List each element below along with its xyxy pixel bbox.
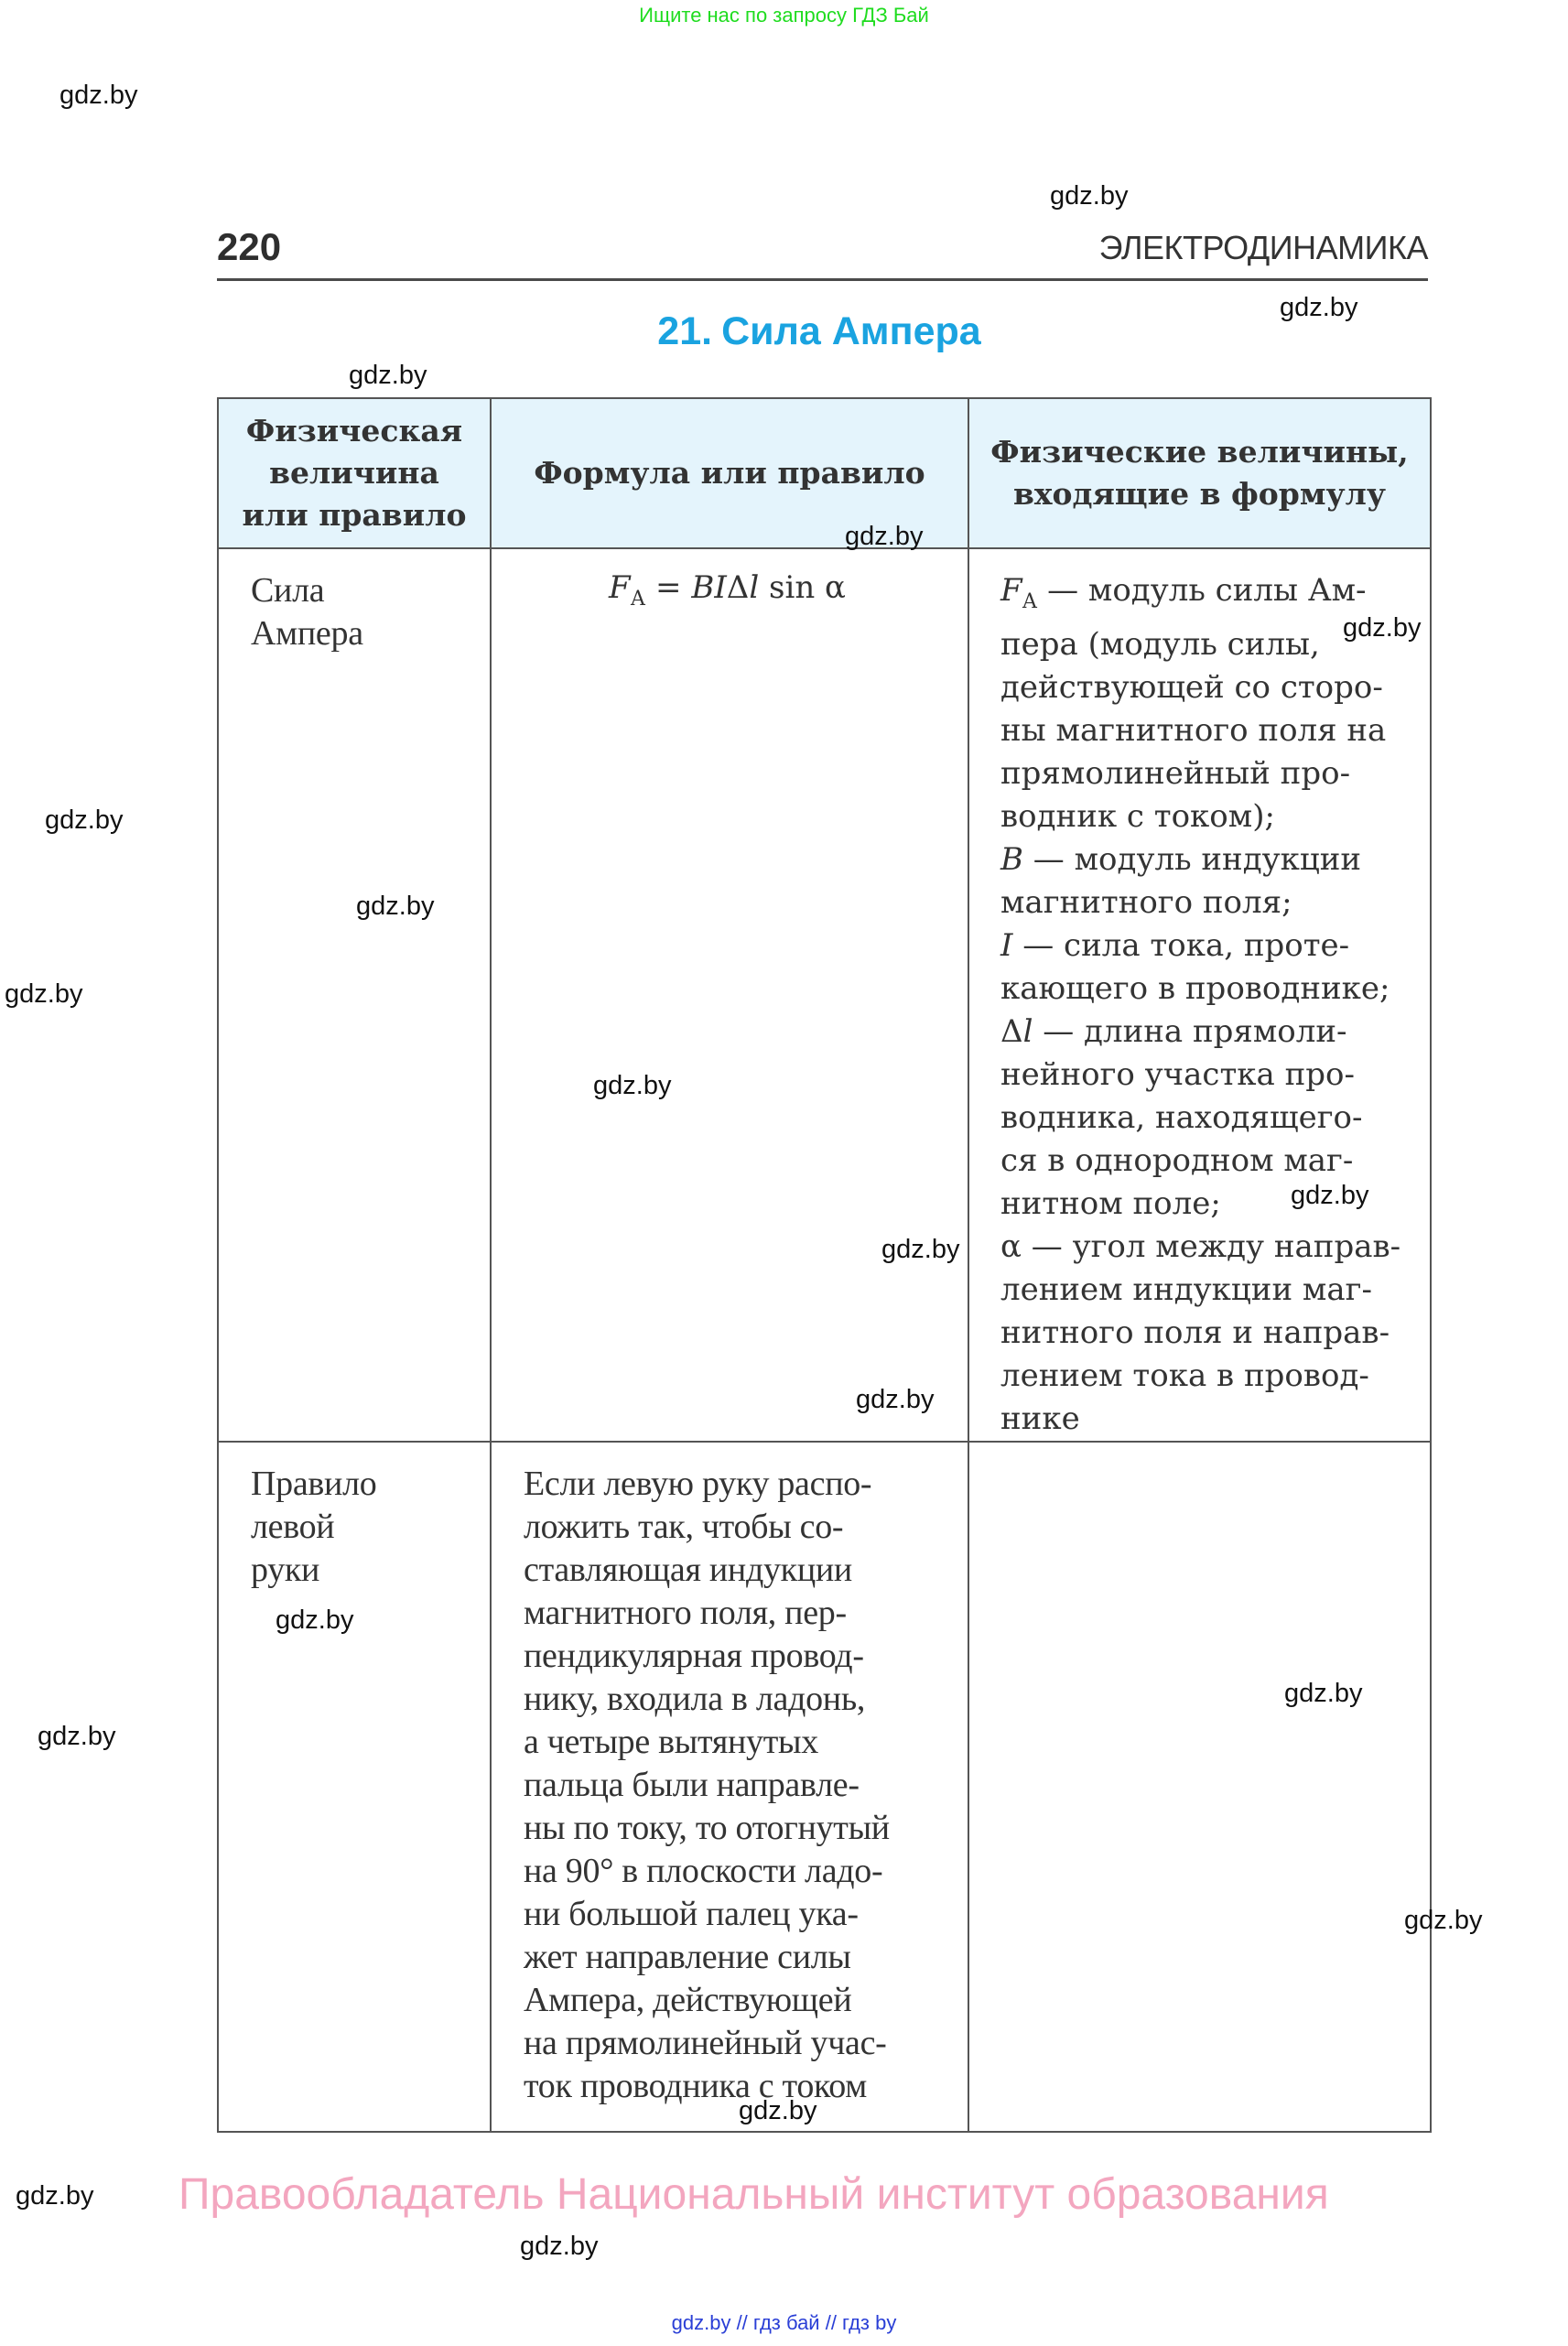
- cell-line: ни большой палец ука-: [524, 1893, 949, 1936]
- watermark: gdz.by: [856, 1385, 934, 1415]
- footer-links[interactable]: gdz.by // гдз бай // гдз by: [0, 2311, 1568, 2335]
- cell-line: действующей со сторо-: [1000, 666, 1413, 709]
- cell-line: B — модуль индукции: [1000, 838, 1413, 881]
- formula-sin: sin α: [759, 569, 846, 606]
- variable-symbol: l: [1023, 1013, 1033, 1050]
- cell-line: ток проводника с током: [524, 2065, 949, 2108]
- watermark: gdz.by: [593, 1071, 671, 1101]
- cell-line: Правило: [251, 1463, 481, 1506]
- watermark: gdz.by: [276, 1605, 353, 1636]
- cell-line: а четыре вытянутых: [524, 1721, 949, 1764]
- watermark: gdz.by: [1291, 1181, 1368, 1211]
- header-line: Физическая: [228, 410, 481, 452]
- cell-line: руки: [251, 1549, 481, 1592]
- cell-line: водника, находящего-: [1000, 1097, 1413, 1140]
- header-variables: Физические величины, входящие в формулу: [968, 398, 1431, 548]
- watermark: gdz.by: [1284, 1679, 1362, 1709]
- cell-line: пальца были направле-: [524, 1764, 949, 1807]
- table-row: Правило левой руки Если левую руку распо…: [218, 1442, 1431, 2132]
- cell-line: ны по току, то отогнутый: [524, 1807, 949, 1850]
- row-rule-left-hand: Если левую руку распо-ложить так, чтобы …: [491, 1442, 968, 2132]
- header-line: величина: [228, 452, 481, 494]
- cell-line: ны магнитного поля на: [1000, 709, 1413, 752]
- header-quantity: Физическая величина или правило: [218, 398, 491, 548]
- cell-line: нику, входила в ладонь,: [524, 1678, 949, 1721]
- row-variables-left-hand-rule: [968, 1442, 1431, 2132]
- formula-symbol: F: [609, 569, 631, 606]
- watermark: gdz.by: [1343, 613, 1421, 643]
- formula-equals: =: [655, 569, 682, 606]
- variable-descriptions: пера (модуль силы,действующей со сторо-н…: [1000, 623, 1413, 1441]
- cell-line: α — угол между направ-: [1000, 1226, 1413, 1269]
- cell-line: пендикулярная провод-: [524, 1635, 949, 1678]
- cell-line: жет направление силы: [524, 1936, 949, 1979]
- cell-line: Ампера: [251, 612, 481, 655]
- watermark: gdz.by: [356, 892, 434, 922]
- cell-line: водник с током);: [1000, 795, 1413, 838]
- cell-line: Если левую руку распо-: [524, 1463, 949, 1506]
- watermark: gdz.by: [59, 81, 137, 111]
- cell-line: прямолинейный про-: [1000, 752, 1413, 795]
- formula-symbol: l: [749, 569, 759, 606]
- chapter-name: Сила Ампера: [721, 309, 981, 353]
- cell-line: левой: [251, 1506, 481, 1549]
- watermark: gdz.by: [349, 361, 427, 391]
- header-line: входящие в формулу: [979, 473, 1421, 515]
- cell-line: ся в однородном маг-: [1000, 1140, 1413, 1183]
- watermark: gdz.by: [739, 2096, 816, 2126]
- formula-subscript: А: [631, 588, 646, 611]
- cell-line: нейного участка про-: [1000, 1054, 1413, 1097]
- section-title: ЭЛЕКТРОДИНАМИКА: [1099, 229, 1428, 267]
- watermark: gdz.by: [5, 979, 82, 1010]
- watermark: gdz.by: [881, 1235, 959, 1265]
- watermark: gdz.by: [1280, 293, 1357, 323]
- header-line: Формула или правило: [501, 452, 958, 494]
- cell-line: лением индукции маг-: [1000, 1269, 1413, 1312]
- left-hand-rule-text: Если левую руку распо-ложить так, чтобы …: [524, 1463, 949, 2108]
- copyright-notice: Правообладатель Национальный институт об…: [178, 2169, 1329, 2220]
- chapter-number: 21.: [657, 309, 712, 353]
- cell-line: ложить так, чтобы со-: [524, 1506, 949, 1549]
- table-row: Сила Ампера FА = BIΔl sin α FА — модуль …: [218, 548, 1431, 1442]
- row-name-left-hand-rule: Правило левой руки: [218, 1442, 491, 2132]
- cell-line: на 90° в плоскости ладо-: [524, 1850, 949, 1893]
- variable-symbol: B: [1000, 841, 1023, 878]
- table-header-row: Физическая величина или правило Формула …: [218, 398, 1431, 548]
- watermark: gdz.by: [1050, 181, 1128, 211]
- row-formula-ampere-force: FА = BIΔl sin α: [491, 548, 968, 1442]
- cell-line: нитного поля и направ-: [1000, 1312, 1413, 1355]
- formula-delta: Δ: [727, 569, 750, 606]
- watermark: gdz.by: [45, 805, 123, 836]
- page-number: 220: [217, 225, 281, 269]
- cell-line: магнитного поля;: [1000, 881, 1413, 924]
- formula-symbol: BI: [691, 569, 726, 606]
- header-divider: [217, 278, 1428, 281]
- summary-table: Физическая величина или правило Формула …: [217, 397, 1432, 2133]
- cell-line: на прямолинейный учас-: [524, 2022, 949, 2065]
- header-line: или правило: [228, 494, 481, 536]
- cell-line: Ампера, действующей: [524, 1979, 949, 2022]
- watermark: gdz.by: [16, 2181, 93, 2211]
- watermark: gdz.by: [520, 2232, 598, 2262]
- cell-line: нике: [1000, 1398, 1413, 1441]
- cell-line: Сила: [251, 569, 481, 612]
- watermark: gdz.by: [1404, 1906, 1482, 1936]
- cell-line: Δl — длина прямоли-: [1000, 1011, 1413, 1054]
- row-name-ampere-force: Сила Ампера: [218, 548, 491, 1442]
- cell-line: ставляющая индукции: [524, 1549, 949, 1592]
- watermark: gdz.by: [845, 522, 923, 552]
- header-line: Физические величины,: [979, 431, 1421, 473]
- ampere-force-formula: FА = BIΔl sin α: [524, 569, 949, 611]
- row-variables-ampere-force: FА — модуль силы Ам- пера (модуль силы,д…: [968, 548, 1431, 1442]
- variable-symbol: F: [1000, 572, 1022, 609]
- cell-text: — модуль силы Ам-: [1037, 572, 1366, 609]
- watermark: gdz.by: [38, 1722, 115, 1752]
- variable-symbol: I: [1000, 927, 1012, 964]
- cell-line: лением тока в провод-: [1000, 1355, 1413, 1398]
- cell-line: магнитного поля, пер-: [524, 1592, 949, 1635]
- cell-line: кающего в проводнике;: [1000, 968, 1413, 1011]
- search-banner[interactable]: Ищите нас по запросу ГДЗ Бай: [0, 4, 1568, 27]
- cell-line: I — сила тока, проте-: [1000, 924, 1413, 968]
- variable-subscript: А: [1022, 590, 1038, 613]
